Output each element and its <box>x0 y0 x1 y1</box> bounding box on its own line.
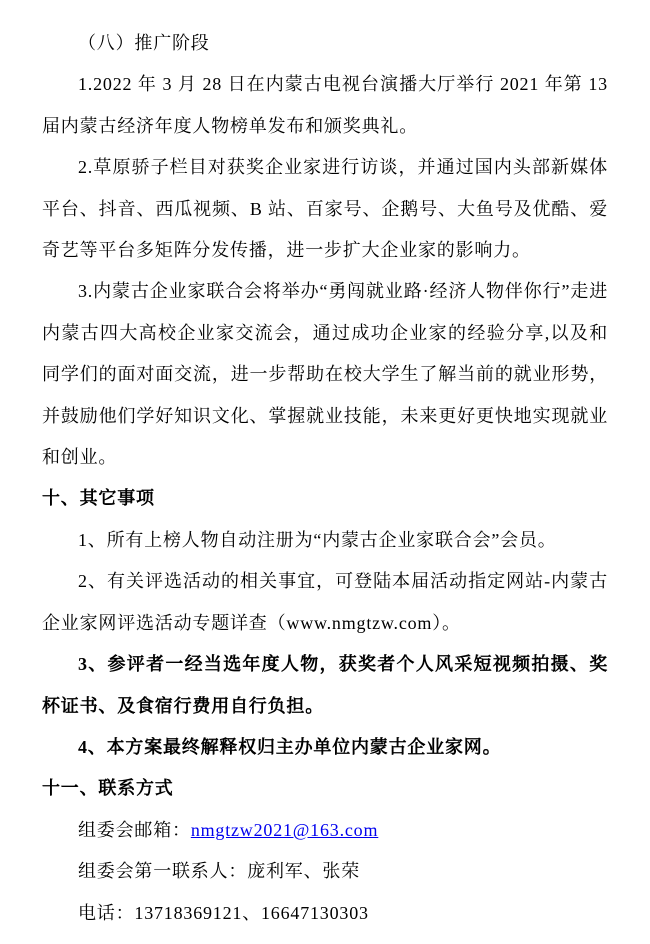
contact-person-line: 组委会第一联系人：庞利军、张荣 <box>42 851 608 892</box>
promotion-item-media: 2.草原骄子栏目对获奖企业家进行访谈，并通过国内头部新媒体平台、抖音、西瓜视频、… <box>42 147 608 271</box>
other-matters-item-expenses: 3、参评者一经当选年度人物，获奖者个人风采短视频拍摄、奖杯证书、及食宿行费用自行… <box>42 644 608 727</box>
promotion-item-ceremony: 1.2022 年 3 月 28 日在内蒙古电视台演播大厅举行 2021 年第 1… <box>42 64 608 147</box>
other-matters-item-interpretation: 4、本方案最终解释权归主办单位内蒙古企业家网。 <box>42 727 608 768</box>
email-link[interactable]: nmgtzw2021@163.com <box>191 820 378 840</box>
promotion-stage-heading: （八）推广阶段 <box>42 23 608 64</box>
contact-email-line: 组委会邮箱：nmgtzw2021@163.com <box>42 810 608 851</box>
email-label: 组委会邮箱： <box>78 820 191 840</box>
promotion-item-campus: 3.内蒙古企业家联合会将举办“勇闯就业路·经济人物伴你行”走进内蒙古四大高校企业… <box>42 271 608 478</box>
contact-section-heading: 十一、联系方式 <box>42 768 608 809</box>
document-page: （八）推广阶段 1.2022 年 3 月 28 日在内蒙古电视台演播大厅举行 2… <box>0 0 650 944</box>
other-matters-item-website: 2、有关评选活动的相关事宜，可登陆本届活动指定网站-内蒙古企业家网评选活动专题详… <box>42 561 608 644</box>
contact-phone-line: 电话：13718369121、16647130303 <box>42 893 608 934</box>
other-matters-item-membership: 1、所有上榜人物自动注册为“内蒙古企业家联合会”会员。 <box>42 520 608 561</box>
other-matters-heading: 十、其它事项 <box>42 478 608 519</box>
